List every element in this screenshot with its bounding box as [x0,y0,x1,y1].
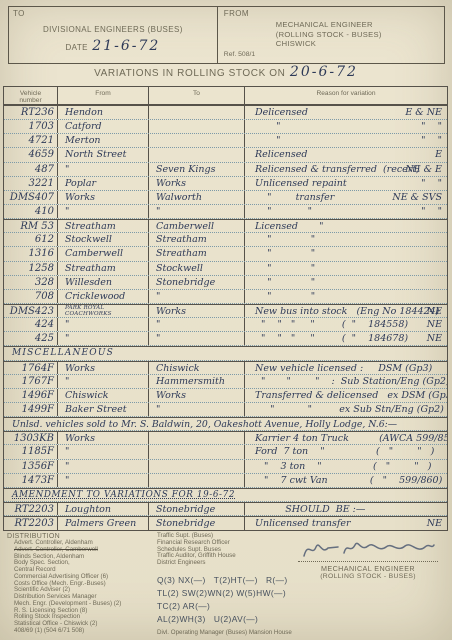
vehicle-number-cell: 1303KB [4,432,58,444]
from-cell: Streatham [58,262,149,275]
reason-cell: Unlicensed repaint" " [245,177,447,190]
reason-text: " [255,121,281,132]
reason-cell: Unlicensed transferNE [245,517,447,530]
reason-text: New vehicle licensed : DSM (Gp3) [255,363,432,374]
table-row: 425"" " " " " ( " 184678)NE [4,332,447,346]
footer: DISTRIBUTION Advert. Controller, Aldenha… [7,533,446,640]
to-cell: Stonebridge [149,517,245,530]
table-row: 3221PoplarWorksUnlicensed repaint" " [4,177,447,191]
header-to: To [149,87,245,104]
table-row: 4721Merton "" " [4,134,447,148]
from-address: MECHANICAL ENGINEER (ROLLING STOCK - BUS… [276,20,438,49]
from-label: FROM [224,9,438,18]
signature-block: MECHANICAL ENGINEER (ROLLING STOCK - BUS… [292,535,444,580]
to-cell: Camberwell [149,220,245,232]
from-cell: Catford [58,120,149,133]
table-row: 1496FChiswickWorksTransferred & delicens… [4,389,447,403]
distribution-list: Advert. Controller, AldenhamAdvert. Cont… [7,540,155,635]
from-cell: Baker Street [58,403,149,416]
reason-cell: "" " [245,134,447,147]
table-row: 1258StreathamStockwell " " [4,262,447,276]
from-cell: Poplar [58,177,149,190]
form-title-printed: VARIATIONS IN ROLLING STOCK ON [94,68,285,79]
reason-text: " " " " ( " 184678) [255,333,408,344]
to-cell [149,460,245,473]
header-reason: Reason for variation [245,87,447,104]
allocation-code: NE [427,305,442,317]
to-cell: " [149,403,245,416]
to-cell [149,445,245,458]
from-cell: Hendon [58,106,149,119]
to-cell [149,106,245,119]
table-row: 1764FWorksChiswickNew vehicle licensed :… [4,361,447,375]
to-cell: " [149,318,245,331]
reason-text: Ford 7 ton " ( " " ) [255,446,434,457]
vehicle-number-cell: 1473F [4,474,58,487]
vehicle-number-cell: 3221 [4,177,58,190]
from-cell: " [58,163,149,176]
reason-text: " " [255,291,315,302]
operating-manager-line: Divl. Operating Manager (Buses) Mansion … [157,629,322,636]
to-cell: Walworth [149,191,245,204]
to-cell: " [149,290,245,303]
table-row: 410"" " "" " [4,205,447,219]
to-cell [149,148,245,161]
table-row: 328WillesdenStonebridge " " [4,276,447,290]
reason-text: Delicensed [255,107,308,118]
reason-cell: Karrier 4 ton Truck (AWCA 599/859) [245,432,447,444]
reason-text: Transferred & delicensed ex DSM (Gp3) [255,390,447,401]
allocation-code: NE [427,332,442,345]
stock-table: Vehicle number From To Reason for variat… [3,86,448,531]
allocation-code: " " [421,205,442,218]
date-label: DATE [66,43,88,52]
allocation-code: E [435,148,442,161]
to-cell: Stockwell [149,262,245,275]
from-line-2: (ROLLING STOCK - BUSES) [276,30,438,40]
reason-cell: " " " : Sub Station/Eng (Gp2) [245,375,447,388]
header-vehicle-number: Vehicle number [4,87,58,104]
vehicle-number-cell: 1316 [4,247,58,260]
span-row-text: MISCELLANEOUS [4,347,447,359]
table-row: RT2203LoughtonStonebridge SHOULD BE :— [4,502,447,516]
reason-cell: " " " " ( " 184678)NE [245,332,447,345]
reason-text: New bus into stock (Eng No 184424) [255,306,439,317]
table-row: 424"" " " " " ( " 184558)NE [4,318,447,332]
to-cell [149,474,245,487]
reason-cell: " 7 cwt Van ( " 599/860) [245,474,447,487]
reason-text: " " " : Sub Station/Eng (Gp2) [255,376,447,387]
vehicle-number-cell: 424 [4,318,58,331]
from-cell: " [58,474,149,487]
allocation-code: E & NE [405,106,442,119]
reason-cell: " " [245,233,447,246]
allocation-codes: Q(3) NX(—) T(2)HT(—) R(—)TL(2) SW(2)WN(2… [157,574,322,626]
to-cell [149,432,245,444]
table-row: 1767F"Hammersmith " " " : Sub Station/En… [4,375,447,389]
reason-text: " 3 ton " ( " " ) [255,461,431,472]
vehicle-number-cell: 1356F [4,460,58,473]
scanned-form-page: TO DIVISIONAL ENGINEERS (BUSES) DATE 21-… [0,0,452,640]
allocation-code: " " [421,177,442,190]
table-span-row: MISCELLANEOUS [4,346,447,360]
reason-cell: New bus into stock (Eng No 184424)NE [245,305,447,317]
from-cell: " [58,375,149,388]
distribution-item: 408/69 (1) (504 6/71 508) [7,628,155,635]
from-cell: Stockwell [58,233,149,246]
from-cell: Loughton [58,503,149,515]
from-cell: Cricklewood [58,290,149,303]
from-cell: Camberwell [58,247,149,260]
vehicle-number-cell: 1703 [4,120,58,133]
to-cell: Stonebridge [149,276,245,289]
vehicle-number-cell: DMS407 [4,191,58,204]
header-from: From [58,87,149,104]
from-box: FROM MECHANICAL ENGINEER (ROLLING STOCK … [218,7,444,63]
reason-text: " 7 cwt Van ( " 599/860) [255,475,442,486]
from-cell: PARK ROYAL COACHWORKS [58,305,149,317]
table-row: 1499FBaker Street" " " ex Sub Stn/Eng (G… [4,403,447,417]
to-cell: Works [149,177,245,190]
stock-table-body: RT236HendonDelicensedE & NE1703Catford "… [4,106,447,530]
to-cell: Seven Kings [149,163,245,176]
vehicle-number-cell: 1499F [4,403,58,416]
reason-text: Relicensed [255,149,308,160]
vehicle-number-cell: 425 [4,332,58,345]
from-cell: " [58,318,149,331]
header-boxes: TO DIVISIONAL ENGINEERS (BUSES) DATE 21-… [8,6,445,64]
vehicle-number-cell: 410 [4,205,58,218]
table-row: RT236HendonDelicensedE & NE [4,106,447,120]
reason-cell: Ford 7 ton " ( " " ) [245,445,447,458]
reason-cell: "" " [245,120,447,133]
reason-text: " " " " ( " 184558) [255,319,408,330]
to-cell: Stonebridge [149,503,245,515]
reason-cell: " "" " [245,205,447,218]
reason-cell: DelicensedE & NE [245,106,447,119]
date-line: DATE 21-6-72 [13,37,213,55]
from-cell: Willesden [58,276,149,289]
reason-cell: " " [245,262,447,275]
from-cell: Palmers Green [58,517,149,530]
allocation-code-line: AL(2)WH(3) U(2)AV(—) [157,613,322,626]
reference-number: Ref. 508/1 [224,51,255,58]
span-row-text: AMENDMENT TO VARIATIONS FOR 19-6-72 [4,489,447,501]
vehicle-number-cell: 487 [4,163,58,176]
date-value-handwritten: 21-6-72 [92,38,160,54]
reason-cell: SHOULD BE :— [245,503,447,515]
form-title: VARIATIONS IN ROLLING STOCK ON 20-6-72 [0,63,452,81]
to-label: TO [13,9,213,18]
reason-text: " " [255,248,315,259]
table-row: 487"Seven KingsRelicensed & transferred … [4,163,447,177]
to-cell: Streatham [149,233,245,246]
reason-cell: " " ex Sub Stn/Eng (Gp2) [245,403,447,416]
to-cell [149,120,245,133]
from-cell: " [58,460,149,473]
vehicle-number-cell: 612 [4,233,58,246]
allocation-code-line: TL(2) SW(2)WN(2) W(5)HW(—) [157,587,322,600]
reason-cell: RelicensedE [245,148,447,161]
vehicle-number-cell: RT2203 [4,517,58,530]
reason-text: " " [255,277,315,288]
from-cell: North Street [58,148,149,161]
to-recipient: DIVISIONAL ENGINEERS (BUSES) [13,25,213,34]
vehicle-number-cell: 1767F [4,375,58,388]
reason-cell: " " [245,247,447,260]
reason-text: Karrier 4 ton Truck (AWCA 599/859) [255,433,447,444]
table-row: 1185F"Ford 7 ton " ( " " ) [4,445,447,459]
to-cell: Streatham [149,247,245,260]
from-cell: Merton [58,134,149,147]
to-cell: Works [149,389,245,402]
vehicle-number-cell: 1185F [4,445,58,458]
reason-text: SHOULD BE :— [255,504,365,515]
vehicle-number-cell: 708 [4,290,58,303]
signatory-title-1: MECHANICAL ENGINEER [292,564,444,573]
reason-text: Unlicensed repaint [255,178,347,189]
reason-cell: New vehicle licensed : DSM (Gp3) [245,362,447,374]
allocation-code: " " [421,120,442,133]
to-cell: Chiswick [149,362,245,374]
table-span-row: Unlsd. vehicles sold to Mr. S. Baldwin, … [4,417,447,431]
reason-cell: " transferNE & SVS [245,191,447,204]
reason-text: Licensed " [255,221,324,232]
span-row-text: Unlsd. vehicles sold to Mr. S. Baldwin, … [4,418,447,430]
table-row: 1473F" " 7 cwt Van ( " 599/860) [4,474,447,488]
reason-text: Unlicensed transfer [255,518,351,529]
allocation-code: NE [427,517,442,530]
signature-line [298,561,438,562]
from-cell: Works [58,362,149,374]
reason-text: Relicensed & transferred (recert) [255,164,420,175]
reason-text: " [255,135,281,146]
to-cell: Works [149,305,245,317]
to-box: TO DIVISIONAL ENGINEERS (BUSES) DATE 21-… [9,7,218,63]
vehicle-number-cell: 1496F [4,389,58,402]
reason-cell: " 3 ton " ( " " ) [245,460,447,473]
form-title-date-handwritten: 20-6-72 [290,64,358,80]
reason-cell: Relicensed & transferred (recert)NE & E [245,163,447,176]
vehicle-number-cell: 1764F [4,362,58,374]
vehicle-number-cell: 328 [4,276,58,289]
from-cell: Chiswick [58,389,149,402]
from-cell: " [58,332,149,345]
reason-cell: " " [245,276,447,289]
reason-text: " " [255,234,315,245]
table-span-row: AMENDMENT TO VARIATIONS FOR 19-6-72 [4,488,447,502]
from-cell: " [58,445,149,458]
from-cell: Works [58,191,149,204]
allocation-code-line: TC(2) AR(—) [157,600,322,613]
table-row: DMS423PARK ROYAL COACHWORKSWorksNew bus … [4,304,447,318]
from-cell: Streatham [58,220,149,232]
reason-text: " " ex Sub Stn/Eng (Gp2) [255,404,444,415]
table-row: 1316CamberwellStreatham " " [4,247,447,261]
allocation-code: " " [421,134,442,147]
signature-scribble [298,535,438,561]
distribution-column: DISTRIBUTION Advert. Controller, Aldenha… [7,533,155,635]
signatory-title-2: (ROLLING STOCK - BUSES) [292,573,444,580]
reason-cell: " " " " ( " 184558)NE [245,318,447,331]
table-row: RT2203Palmers GreenStonebridgeUnlicensed… [4,516,447,530]
reason-text: " " [255,206,312,217]
from-line-3: CHISWICK [276,39,438,49]
to-cell: Hammersmith [149,375,245,388]
allocation-code: NE & E [405,163,442,176]
table-row: 1703Catford "" " [4,120,447,134]
from-cell: " [58,205,149,218]
vehicle-number-cell: 4659 [4,148,58,161]
table-row: 1303KBWorksKarrier 4 ton Truck (AWCA 599… [4,431,447,445]
to-cell: " [149,332,245,345]
from-line-1: MECHANICAL ENGINEER [276,20,438,30]
reason-text: " " [255,263,315,274]
table-row: 4659North StreetRelicensedE [4,148,447,162]
allocation-code: NE & SVS [392,191,442,204]
allocation-code: NE [427,318,442,331]
table-header-row: Vehicle number From To Reason for variat… [4,87,447,106]
table-row: 708Cricklewood" " " [4,290,447,304]
vehicle-number-cell: RT236 [4,106,58,119]
vehicle-number-cell: 4721 [4,134,58,147]
vehicle-number-cell: DMS423 [4,305,58,317]
reason-cell: Transferred & delicensed ex DSM (Gp3) [245,389,447,402]
vehicle-number-cell: RT2203 [4,503,58,515]
vehicle-number-cell: 1258 [4,262,58,275]
to-cell: " [149,205,245,218]
table-row: RM 53StreathamCamberwellLicensed " [4,219,447,233]
reason-text: " transfer [255,192,334,203]
from-cell: Works [58,432,149,444]
table-row: 1356F" " 3 ton " ( " " ) [4,460,447,474]
table-row: DMS407WorksWalworth " transferNE & SVS [4,191,447,205]
vehicle-number-cell: RM 53 [4,220,58,232]
reason-cell: Licensed " [245,220,447,232]
reason-cell: " " [245,290,447,303]
table-row: 612StockwellStreatham " " [4,233,447,247]
to-cell [149,134,245,147]
